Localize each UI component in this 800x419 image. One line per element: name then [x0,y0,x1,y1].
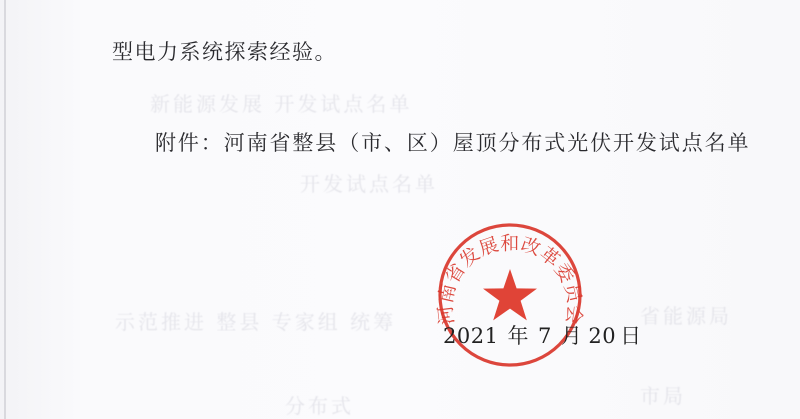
date-month: 7 [538,324,552,348]
bleed-through-text: 开发试点名单 [300,168,438,197]
bleed-through-text: 新能源发展 开发试点名单 [150,88,412,117]
date-year-unit: 年 [507,320,529,350]
page-edge-shadow [4,0,6,419]
date-day: 20 [588,324,616,348]
date-year: 2021 [443,324,498,348]
bleed-through-text: 市局 [640,380,686,409]
attachment-line: 附件：河南省整县（市、区）屋顶分布式光伏开发试点名单 [155,127,750,157]
body-text-line: 型电力系统探索经验。 [112,36,337,66]
document-date: 2021年7月20日 [443,320,642,350]
document-page: 新能源发展 开发试点名单 开发试点名单 示范推进 整县 专家组 统筹 省能源局 … [0,0,800,419]
date-day-unit: 日 [620,320,642,350]
bleed-through-text: 示范推进 整县 专家组 统筹 [115,306,396,335]
bleed-through-text: 省能源局 [640,300,732,329]
bleed-through-text: 分布式 [285,390,354,419]
date-month-unit: 月 [561,320,583,350]
seal-star-icon [483,269,537,320]
